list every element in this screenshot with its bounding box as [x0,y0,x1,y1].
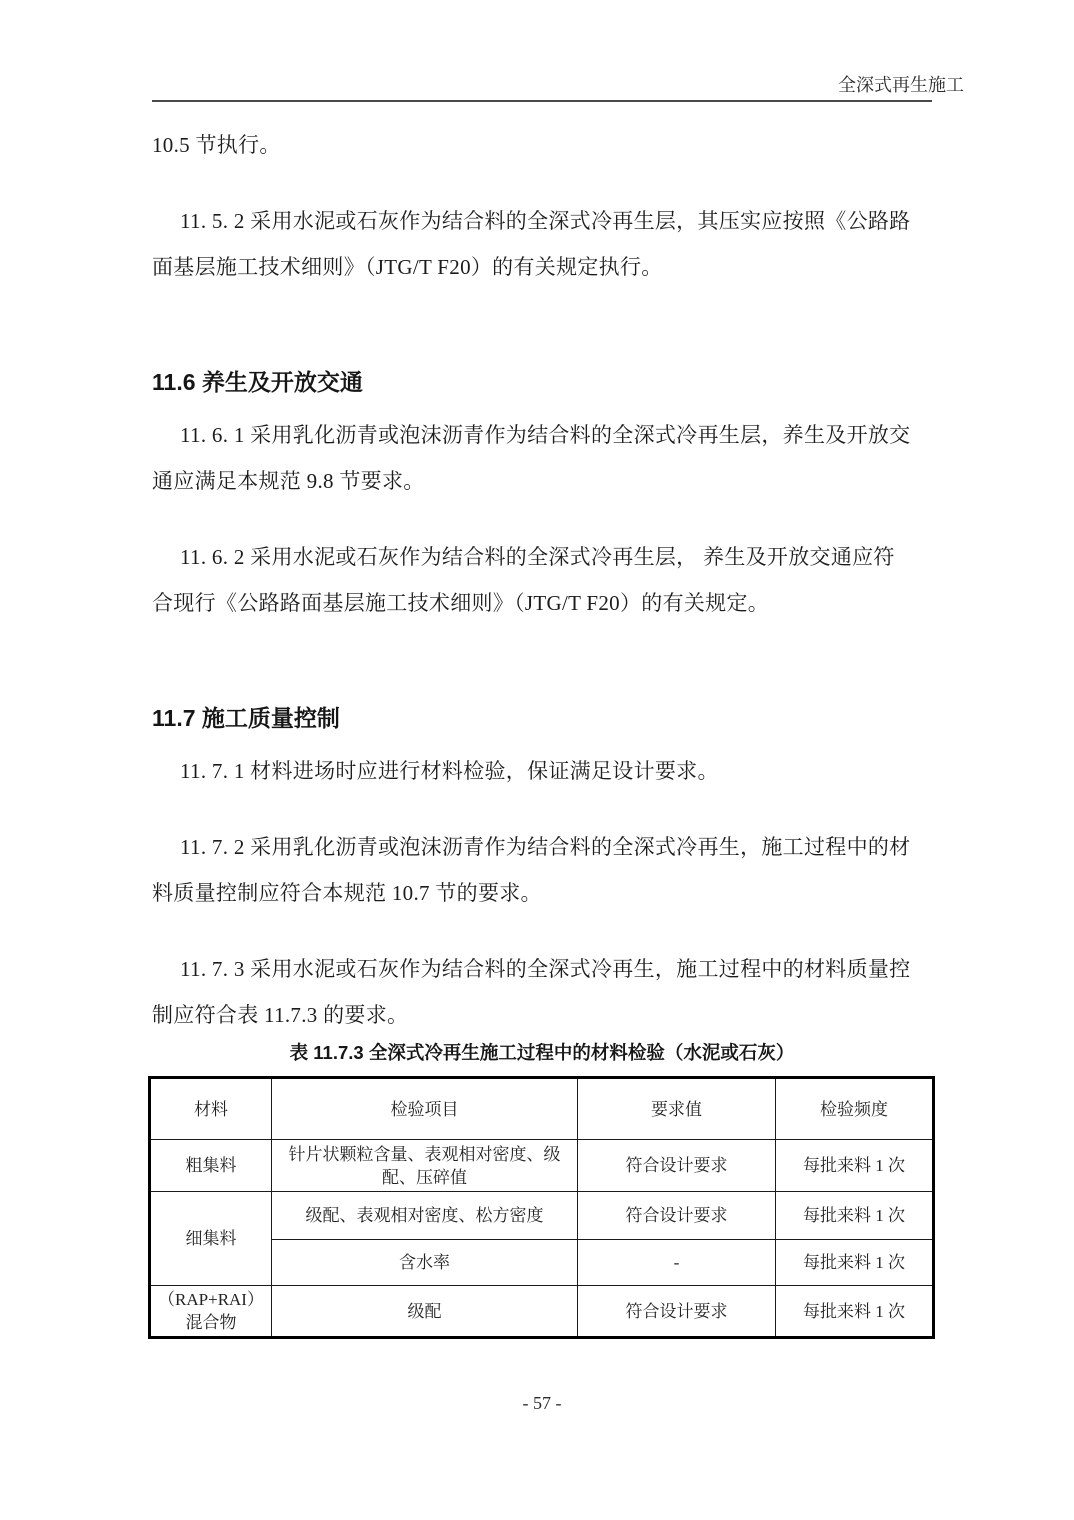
clause-11-7-1: 11. 7. 1 材料进场时应进行材料检验，保证满足设计要求。 [152,748,932,794]
paragraph-line: 11. 5. 2 采用水泥或石灰作为结合料的全深式冷再生层，其压实应按照《公路路 [152,198,932,244]
page-header: 全深式再生施工 [152,0,932,102]
cell-material: 细集料 [150,1192,272,1286]
table-header-row: 材料 检验项目 要求值 检验频度 [150,1078,934,1140]
cell-item: 含水率 [272,1240,578,1286]
cell-material: （RAP+RAI） 混合物 [150,1286,272,1338]
table-row: 细集料 级配、表观相对密度、松方密度 符合设计要求 每批来料 1 次 [150,1192,934,1240]
table-row: 粗集料 针片状颗粒含量、表观相对密度、级配、压碎值 符合设计要求 每批来料 1 … [150,1140,934,1192]
clause-11-7-3: 11. 7. 3 采用水泥或石灰作为结合料的全深式冷再生，施工过程中的材料质量控… [152,946,932,1038]
paragraph-line: 制应符合表 11.7.3 的要求。 [152,992,932,1038]
cell-frequency: 每批来料 1 次 [776,1140,934,1192]
column-header-frequency: 检验频度 [776,1078,934,1140]
cell-value: - [578,1240,776,1286]
paragraph-line: 11. 6. 1 采用乳化沥青或泡沫沥青作为结合料的全深式冷再生层，养生及开放交 [152,412,932,458]
running-title: 全深式再生施工 [152,73,964,97]
paragraph-line: 通应满足本规范 9.8 节要求。 [152,458,932,504]
paragraph-10-5: 10.5 节执行。 [152,122,932,168]
cell-material: 粗集料 [150,1140,272,1192]
paragraph-line: 11. 7. 1 材料进场时应进行材料检验，保证满足设计要求。 [152,748,932,794]
cell-value: 符合设计要求 [578,1192,776,1240]
page-number: - 57 - [152,1391,932,1415]
column-header-value: 要求值 [578,1078,776,1140]
cell-value: 符合设计要求 [578,1286,776,1338]
cell-frequency: 每批来料 1 次 [776,1240,934,1286]
cell-frequency: 每批来料 1 次 [776,1286,934,1338]
cell-item: 级配、表观相对密度、松方密度 [272,1192,578,1240]
section-heading-11-7: 11.7 施工质量控制 [152,702,932,734]
page-content: 全深式再生施工 10.5 节执行。 11. 5. 2 采用水泥或石灰作为结合料的… [152,0,932,1415]
section-heading-11-6: 11.6 养生及开放交通 [152,366,932,398]
cell-material-line2: 混合物 [157,1311,265,1334]
material-inspection-table: 材料 检验项目 要求值 检验频度 粗集料 针片状颗粒含量、表观相对密度、级配、压… [148,1076,935,1339]
column-header-material: 材料 [150,1078,272,1140]
paragraph-line: 11. 6. 2 采用水泥或石灰作为结合料的全深式冷再生层， 养生及开放交通应符 [152,534,932,580]
paragraph-line: 11. 7. 3 采用水泥或石灰作为结合料的全深式冷再生，施工过程中的材料质量控 [152,946,932,992]
column-header-item: 检验项目 [272,1078,578,1140]
paragraph-line: 11. 7. 2 采用乳化沥青或泡沫沥青作为结合料的全深式冷再生，施工过程中的材 [152,824,932,870]
paragraph-line: 料质量控制应符合本规范 10.7 节的要求。 [152,870,932,916]
cell-item: 针片状颗粒含量、表观相对密度、级配、压碎值 [272,1140,578,1192]
paragraph-line: 10.5 节执行。 [152,122,932,168]
paragraph-line: 面基层施工技术细则》（JTG/T F20）的有关规定执行。 [152,244,932,290]
cell-value: 符合设计要求 [578,1140,776,1192]
cell-item: 级配 [272,1286,578,1338]
clause-11-7-2: 11. 7. 2 采用乳化沥青或泡沫沥青作为结合料的全深式冷再生，施工过程中的材… [152,824,932,916]
table-row: （RAP+RAI） 混合物 级配 符合设计要求 每批来料 1 次 [150,1286,934,1338]
clause-11-6-2: 11. 6. 2 采用水泥或石灰作为结合料的全深式冷再生层， 养生及开放交通应符… [152,534,932,626]
paragraph-line: 合现行《公路路面基层施工技术细则》（JTG/T F20）的有关规定。 [152,580,932,626]
document-page: 全深式再生施工 10.5 节执行。 11. 5. 2 采用水泥或石灰作为结合料的… [0,0,1074,1520]
cell-material-line1: （RAP+RAI） [157,1288,265,1311]
clause-11-6-1: 11. 6. 1 采用乳化沥青或泡沫沥青作为结合料的全深式冷再生层，养生及开放交… [152,412,932,504]
cell-frequency: 每批来料 1 次 [776,1192,934,1240]
table-caption: 表 11.7.3 全深式冷再生施工过程中的材料检验（水泥或石灰） [152,1040,932,1066]
clause-11-5-2: 11. 5. 2 采用水泥或石灰作为结合料的全深式冷再生层，其压实应按照《公路路… [152,198,932,290]
